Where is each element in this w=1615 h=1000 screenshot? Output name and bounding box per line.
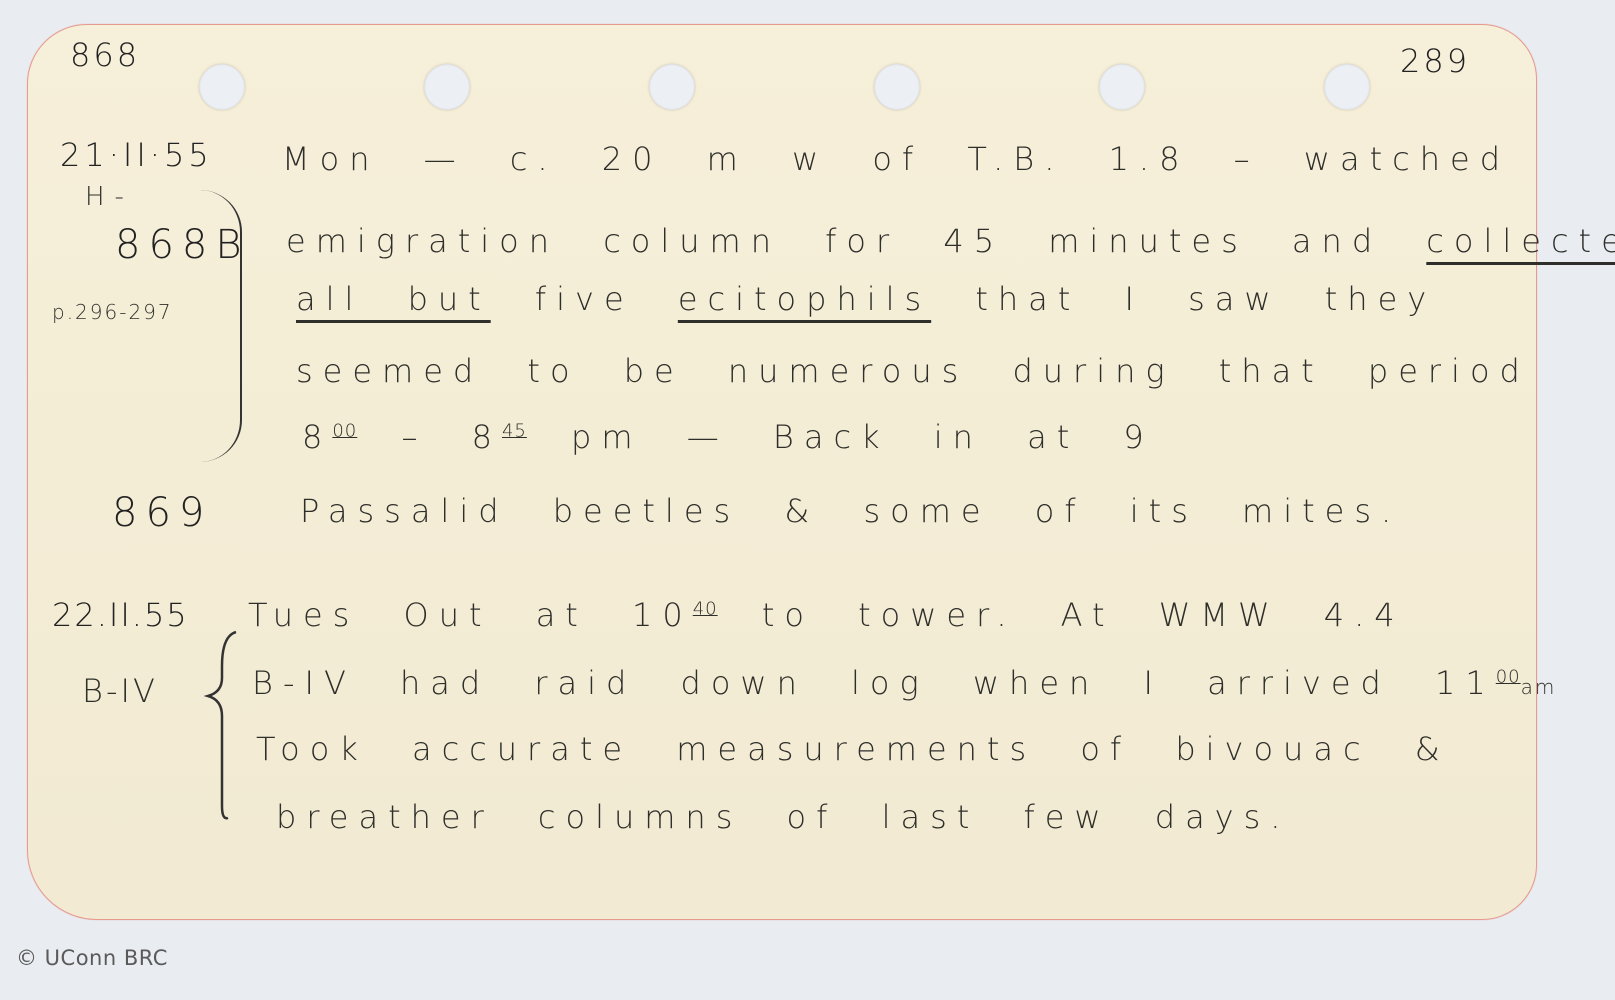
curly-brace-mark	[196, 626, 246, 826]
entry1-page-ref: p.296-297	[52, 300, 173, 324]
entry3-line1: Tues Out at 1040 to tower. At WMW 4.4	[248, 596, 1405, 634]
entry1-line1: Mon — c. 20 m w of T.B. 1.8 – watched	[282, 140, 1510, 178]
punch-hole	[424, 64, 470, 110]
entry2-specimen-number: 869	[112, 490, 212, 536]
entry3-line3: Took accurate measurements of bivouac &	[256, 730, 1450, 768]
card-number-right: 289	[1400, 42, 1470, 80]
entry3-date: 22.II.55	[52, 596, 189, 634]
entry3-margin-note: B-IV	[82, 672, 158, 710]
card-number-left: 868	[70, 36, 140, 74]
entry1-line2: emigration column for 45 minutes and col…	[286, 222, 1615, 260]
entry2-line: Passalid beetles & some of its mites.	[300, 492, 1401, 530]
punch-hole	[1099, 64, 1145, 110]
punch-hole	[874, 64, 920, 110]
punch-hole	[199, 64, 245, 110]
entry1-margin-note: H-	[85, 182, 134, 212]
entry1-line4: seemed to be numerous during that period	[296, 352, 1530, 390]
entry3-line2: B-IV had raid down log when I arrived 11…	[252, 664, 1556, 702]
bracket-mark	[200, 190, 242, 462]
entry1-date: 21·II·55	[60, 136, 213, 174]
entry1-line5: 800 – 845 pm — Back in at 9	[302, 418, 1154, 456]
punch-hole	[1324, 64, 1370, 110]
copyright-watermark: © UConn BRC	[16, 946, 168, 970]
punch-hole	[649, 64, 695, 110]
entry1-line3: all but five ecitophils that I saw they	[296, 280, 1436, 318]
entry3-line4: breather columns of last few days.	[276, 798, 1290, 836]
